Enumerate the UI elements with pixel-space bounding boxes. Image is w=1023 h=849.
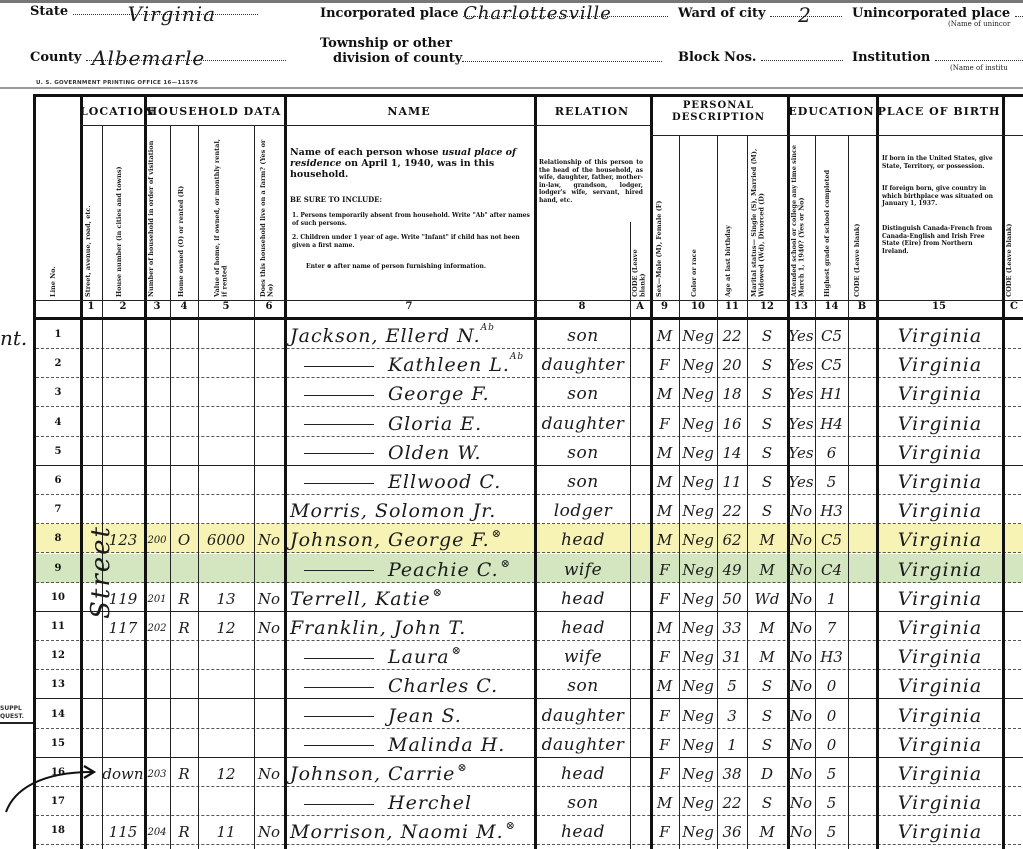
cell-hh: 202 [144,612,170,641]
cell-grade: C5 [815,349,848,378]
cell-name: Herchel [304,787,544,816]
header-owned-rented: Home owned (O) or rented (R) [178,157,192,297]
cell-relation: head [536,612,630,641]
colnum: 9 [650,301,679,317]
cell-house [102,787,144,816]
cell-own [170,349,198,378]
informant-mark-icon: ⊗ [501,557,511,570]
col-divider [102,125,103,849]
cell-sex: F [650,641,679,670]
margin-note-top: nt. [0,326,27,350]
county-label: County [30,50,81,65]
cell-grade: 6 [815,437,848,466]
line-number: 9 [36,554,80,583]
col-divider [534,97,537,849]
line-number: 18 [36,816,80,845]
cell-birth: Virginia [878,700,1002,729]
cell-age: 5 [717,670,747,699]
cell-sex: M [650,670,679,699]
relation-instructions: Relationship of this person to the head … [539,159,643,204]
cell-race: Neg [679,583,717,612]
cell-relation: daughter [536,408,630,437]
header-house-number: House number (in cities and towns) [116,137,130,297]
cell-birth: Virginia [878,670,1002,699]
cell-name: Johnson, George F.⊗ [290,524,530,553]
birth-instr-distinguish: Distinguish Canada-French from Canada-En… [882,225,998,255]
colnum: 4 [170,301,198,317]
township-dots [462,61,662,62]
cell-name: Gloria E. [304,408,544,437]
col-divider [170,125,171,849]
state-label: State [30,4,68,19]
person-name: Gloria E. [388,413,482,435]
cell-race: Neg [679,641,717,670]
cell-birth: Virginia [878,437,1002,466]
cell-age: 18 [717,378,747,407]
cell-sex: F [650,583,679,612]
cell-name: Johnson, Carrie⊗ [290,758,530,787]
cell-relation: wife [536,641,630,670]
table-row: 7lodgerMNeg22SNoH3VirginiaMorris, Solomo… [36,495,1023,524]
cell-age: 16 [717,408,747,437]
cell-name: Kathleen L.Ab [304,349,544,378]
gpo-note: U. S. GOVERNMENT PRINTING OFFICE 16—1157… [36,80,198,86]
table-row: 12wifeFNeg31MNoH3VirginiaLaura⊗ [36,641,1023,670]
township-label-2: division of county [333,51,462,66]
cell-name: Laura⊗ [304,641,544,670]
cell-value: 13 [198,583,254,612]
cell-sex: F [650,758,679,787]
street-value: Street [86,525,116,619]
cell-marital: M [747,641,787,670]
cell-age: 31 [717,641,747,670]
table-row: 10119201R13NoheadFNeg50WdNo1VirginiaTerr… [36,583,1023,612]
informant-mark-icon: ⊗ [457,761,467,774]
cell-sex: M [650,495,679,524]
table-row: 16down203R12NoheadFNeg38DNo5VirginiaJohn… [36,758,1023,787]
header-bottom-rule [36,317,1023,320]
cell-sex: M [650,378,679,407]
cell-name: Peachie C.⊗ [304,554,544,583]
header-sex: Sex—Male (M), Female (F) [656,187,672,297]
cell-marital: S [747,378,787,407]
township-label-1: Township or other [320,36,662,51]
person-name: Peachie C. [388,559,499,581]
cell-hh [144,320,170,349]
cell-grade: 5 [815,787,848,816]
cell-own [170,670,198,699]
name-instr-informant: Enter ⊗ after name of person furnishing … [306,263,534,270]
line-number: 16 [36,758,80,787]
cell-hh [144,729,170,758]
colnum: 7 [284,301,534,317]
cell-relation: head [536,524,630,553]
cell-sex: F [650,408,679,437]
cell-value [198,729,254,758]
cell-school: No [787,554,815,583]
state-value: Virginia [128,2,216,26]
col-divider [679,135,680,849]
birth-instr-foreign: If foreign born, give country in which b… [882,185,998,208]
line-number: 14 [36,700,80,729]
ditto-dash [304,745,374,746]
col-divider [747,135,748,849]
line-number: 15 [36,729,80,758]
cell-name: George F. [304,378,544,407]
ward-label: Ward of city [678,6,766,21]
cell-farm [254,408,284,437]
cell-name: Olden W. [304,437,544,466]
cell-age: 1 [717,729,747,758]
header-street: Street, avenue, road, etc. [85,187,99,297]
header-divider [284,125,650,126]
cell-hh [144,349,170,378]
person-name: George F. [388,383,490,405]
line-number: 1 [36,320,80,349]
col-divider [848,135,849,849]
group-personal-description: PERSONAL DESCRIPTION [650,100,787,124]
cell-birth: Virginia [878,466,1002,495]
cell-name: Morrison, Naomi M.⊗ [290,816,530,845]
cell-marital: D [747,758,787,787]
township-field: Township or other division of county [320,36,662,66]
cell-house [102,378,144,407]
person-name: Jean S. [388,705,462,727]
cell-own: R [170,758,198,787]
cell-marital: M [747,554,787,583]
header-household-number: Number of household in order of visitati… [148,137,168,297]
cell-farm: No [254,583,284,612]
ditto-dash [304,366,374,367]
cell-hh [144,670,170,699]
cell-grade: 0 [815,670,848,699]
cell-hh: 204 [144,816,170,845]
table-row: 3sonMNeg18SYesH1VirginiaGeorge F. [36,378,1023,407]
col-divider [1002,97,1005,849]
census-form-table: 1sonMNeg22SYesC5VirginiaJackson, Ellerd … [33,94,1023,849]
cell-race: Neg [679,787,717,816]
cell-race: Neg [679,437,717,466]
header-age: Age at last birthday [725,207,739,297]
line-number: 7 [36,495,80,524]
cell-school: No [787,670,815,699]
cell-sex: M [650,320,679,349]
colnum: 8 [534,301,630,317]
header-line-no: Line No. [50,247,64,297]
cell-grade: 7 [815,612,848,641]
col-divider [717,135,718,849]
cell-birth: Virginia [878,495,1002,524]
cell-grade: 0 [815,700,848,729]
cell-house [102,320,144,349]
cell-grade: H3 [815,495,848,524]
colnum: 5 [198,301,254,317]
line-number: 3 [36,378,80,407]
person-name: Johnson, George F. [290,529,490,551]
cell-grade: 1 [815,583,848,612]
cell-house: down [102,758,144,787]
cell-sex: F [650,816,679,845]
cell-race: Neg [679,554,717,583]
cell-name: Malinda H. [304,729,544,758]
row-separator [36,844,1023,845]
cell-own [170,320,198,349]
cell-farm [254,378,284,407]
incorporated-label: Incorporated place [320,6,459,21]
cell-house [102,700,144,729]
block-dots [761,60,843,61]
cell-hh [144,466,170,495]
cell-grade: C4 [815,554,848,583]
person-name: Jackson, Ellerd N. [290,325,481,347]
cell-farm [254,554,284,583]
cell-hh [144,437,170,466]
cell-marital: M [747,524,787,553]
ditto-dash [304,395,374,396]
cell-own: R [170,612,198,641]
cell-marital: S [747,670,787,699]
cell-sex: M [650,787,679,816]
ditto-dash [304,804,374,805]
group-location: LOCATION [80,105,144,118]
cell-value [198,349,254,378]
person-name: Herchel [388,792,472,814]
person-name: Morrison, Naomi M. [290,821,504,843]
col-divider [650,97,653,849]
cell-marital: S [747,495,787,524]
cell-marital: M [747,816,787,845]
group-place-of-birth: PLACE OF BIRTH [876,105,1002,118]
cell-sex: F [650,729,679,758]
cell-marital: S [747,349,787,378]
table-row: 15daughterFNeg1SNo0VirginiaMalinda H. [36,729,1023,758]
colnum: A [630,301,650,317]
cell-age: 38 [717,758,747,787]
cell-value: 12 [198,758,254,787]
cell-value [198,437,254,466]
cell-birth: Virginia [878,729,1002,758]
cell-race: Neg [679,495,717,524]
cell-hh [144,495,170,524]
cell-value: 11 [198,816,254,845]
cell-marital: S [747,437,787,466]
informant-mark-icon: ⊗ [506,819,516,832]
line-number: 4 [36,408,80,437]
header-divider [650,135,1002,136]
cell-relation: lodger [536,495,630,524]
cell-school: Yes [787,349,815,378]
colnum: B [848,301,876,317]
ditto-dash [304,658,374,659]
cell-school: No [787,641,815,670]
cell-hh [144,408,170,437]
table-row: 4daughterFNeg16SYesH4VirginiaGloria E. [36,408,1023,437]
informant-mark-icon: ⊗ [492,527,502,540]
cell-value: 6000 [198,524,254,553]
line-number: 2 [36,349,80,378]
cell-age: 62 [717,524,747,553]
person-name: Johnson, Carrie [290,763,455,785]
cell-school: Yes [787,466,815,495]
cell-relation: head [536,816,630,845]
cell-house [102,349,144,378]
cell-school: No [787,583,815,612]
header-code-b: CODE (Leave blank) [854,207,870,297]
suppl-divider [0,722,36,724]
cell-marital: S [747,408,787,437]
colnum: 2 [102,301,144,317]
line-number: 10 [36,583,80,612]
cell-own [170,729,198,758]
cell-relation: daughter [536,349,630,378]
cell-name: Terrell, Katie⊗ [290,583,530,612]
person-name: Charles C. [388,675,498,697]
cell-race: Neg [679,349,717,378]
cell-value [198,641,254,670]
colnum: 6 [254,301,284,317]
cell-age: 20 [717,349,747,378]
cell-grade: 5 [815,466,848,495]
person-name: Ellwood C. [388,471,501,493]
suppl-label-1: SUPPL [0,705,24,713]
cell-farm [254,320,284,349]
cell-relation: head [536,758,630,787]
ditto-dash [304,570,374,571]
cell-own [170,408,198,437]
cell-birth: Virginia [878,816,1002,845]
line-number: 11 [36,612,80,641]
colnum: 14 [815,301,848,317]
cell-birth: Virginia [878,641,1002,670]
person-name: Kathleen L. [388,354,510,376]
cell-race: Neg [679,700,717,729]
cell-age: 33 [717,612,747,641]
cell-farm: No [254,816,284,845]
table-row: 1sonMNeg22SYesC5VirginiaJackson, Ellerd … [36,320,1023,349]
cell-relation: wife [536,554,630,583]
cell-race: Neg [679,670,717,699]
header-farm: Does this household live on a farm? (Yes… [260,137,280,297]
cell-name: Ellwood C. [304,466,544,495]
cell-value [198,320,254,349]
col-divider [198,125,199,849]
cell-school: Yes [787,408,815,437]
cell-own: R [170,816,198,845]
ditto-dash [304,453,374,454]
cell-age: 22 [717,787,747,816]
suppl-quest-label: SUPPL QUEST. [0,705,24,721]
line-number: 6 [36,466,80,495]
colnum: 15 [876,301,1002,317]
ditto-dash [304,687,374,688]
cell-school: Yes [787,437,815,466]
cell-hh [144,787,170,816]
group-relation: RELATION [534,105,650,118]
colnum: 12 [747,301,787,317]
person-name: Laura [388,646,450,668]
cell-farm [254,437,284,466]
suppl-label-2: QUEST. [0,713,24,721]
cell-value [198,466,254,495]
cell-farm [254,641,284,670]
name-instr-infant: 2. Children under 1 year of age. Write "… [292,234,530,250]
table-row: 2daughterFNeg20SYesC5VirginiaKathleen L.… [36,349,1023,378]
cell-hh [144,554,170,583]
cell-sex: M [650,437,679,466]
cell-house [102,408,144,437]
colnum: C [1002,301,1023,317]
cell-value [198,670,254,699]
cell-own [170,554,198,583]
cell-race: Neg [679,612,717,641]
col-divider [80,97,83,849]
cell-age: 50 [717,583,747,612]
line-number: 8 [36,524,80,553]
cell-marital: M [747,612,787,641]
cell-birth: Virginia [878,378,1002,407]
cell-own: R [170,583,198,612]
cell-grade: 5 [815,816,848,845]
header-home-value: Value of home, if owned, or monthly rent… [214,137,236,297]
institution-note: (Name of institu [950,64,1008,72]
cell-race: Neg [679,378,717,407]
county-value: Albemarle [92,46,205,70]
cell-name: Jackson, Ellerd N.Ab [290,320,530,349]
unincorporated-field: Unincorporated place [852,6,1023,21]
cell-relation: son [536,466,630,495]
cell-value [198,408,254,437]
informant-mark-icon: ⊗ [433,586,443,599]
col-divider [254,125,255,849]
cell-relation: daughter [536,700,630,729]
cell-sex: M [650,466,679,495]
cell-house [102,641,144,670]
cell-hh [144,700,170,729]
header-attended-school: Attended school or college any time sinc… [791,137,813,297]
cell-grade: H4 [815,408,848,437]
cell-name: Charles C. [304,670,544,699]
ditto-dash [304,424,374,425]
cell-grade: H1 [815,378,848,407]
cell-name: Morris, Solomon Jr. [290,495,530,524]
incorporated-place-field: Incorporated place Charlottesville [320,6,668,21]
colnum: 1 [80,301,102,317]
unincorporated-dots [1015,16,1023,17]
cell-marital: Wd [747,583,787,612]
cell-value [198,554,254,583]
cell-hh: 203 [144,758,170,787]
cell-age: 3 [717,700,747,729]
cell-value [198,495,254,524]
cell-birth: Virginia [878,408,1002,437]
header-separator [0,87,1023,89]
cell-own [170,466,198,495]
table-row: 6sonMNeg11SYes5VirginiaEllwood C. [36,466,1023,495]
state-dots: Virginia [73,14,258,15]
cell-school: No [787,787,815,816]
cell-house [102,466,144,495]
cell-house [102,670,144,699]
cell-grade: C5 [815,320,848,349]
cell-hh: 200 [144,524,170,553]
cell-birth: Virginia [878,524,1002,553]
cell-marital: S [747,729,787,758]
cell-sex: F [650,554,679,583]
cell-own [170,641,198,670]
cell-sex: M [650,612,679,641]
cell-birth: Virginia [878,787,1002,816]
cell-school: No [787,495,815,524]
